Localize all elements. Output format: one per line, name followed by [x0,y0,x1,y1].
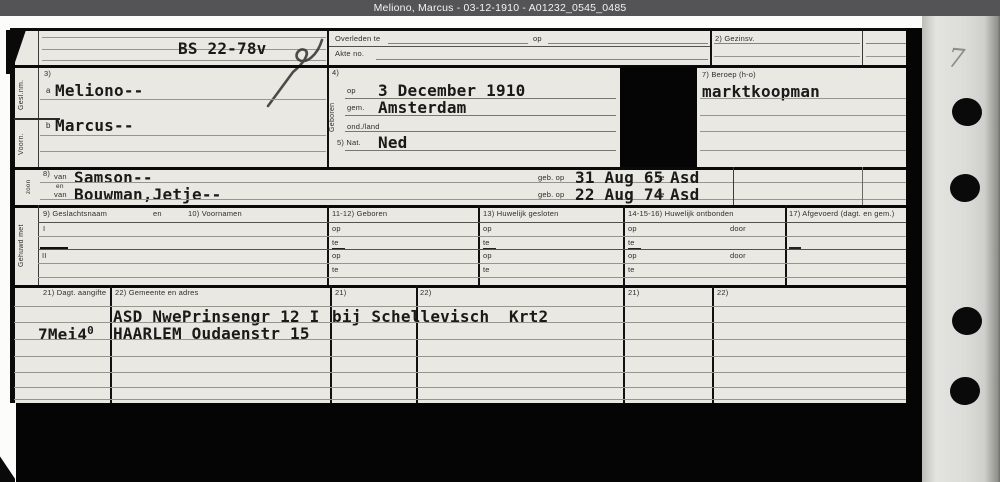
te-label-2: te [658,190,665,199]
geslnm-label: Gesl.nm. [18,72,25,118]
ondland-label: ond./land [347,122,380,131]
rule [110,285,112,403]
geb-op-label: geb. op [538,173,564,182]
van-label-2: van [54,190,67,199]
punch-hole [948,375,982,407]
scan-viewer: Meliono, Marcus - 03-12-1910 - A01232_05… [0,0,1000,482]
rule [14,322,906,323]
rule [700,115,906,116]
rule [327,31,329,65]
rule [623,285,625,403]
firstname-value: Marcus-- [55,116,134,135]
section-border [10,205,908,208]
col-voornamen-header: 10) Voornamen [188,209,242,218]
rule [866,56,906,57]
col-en-header: en [153,209,162,218]
gesloten-te-label-1: te [483,238,490,247]
overleden-op-label: op [533,34,542,43]
rule [38,205,39,285]
handwritten-squiggle [260,36,330,114]
rule [714,43,860,44]
col-huwelijk-ontbonden-header: 14-15-16) Huwelijk ontbonden [628,209,734,218]
rule [14,339,906,340]
rule [866,43,906,44]
firstname-prefix: b [46,121,51,130]
geboren-te-label-2: te [332,265,339,274]
geb-op-label-2: geb. op [538,190,564,199]
date1-value: 7Mei40 [38,324,94,344]
rule [478,205,480,285]
rule [38,222,906,223]
ontbonden-te-label-1: te [628,238,635,247]
rule [712,285,714,403]
rule [40,135,326,136]
field3-label: 3) [44,69,51,78]
card-top-border [10,28,908,31]
col21b-header: 21) [335,288,346,297]
rule [710,31,712,65]
rule [345,131,616,132]
rule [345,150,616,151]
door-label-1: door [730,224,746,233]
rule [14,387,906,388]
card-left-border [10,28,15,403]
section-border [10,65,908,68]
geboren-op-label-2: op [332,251,341,260]
gesloten-te-label-2: te [483,265,490,274]
col21c-header: 21) [628,288,639,297]
rule [38,249,906,250]
rule [733,167,734,205]
gezinsv-label: 2) Gezinsv. [715,34,755,43]
te-label: te [658,173,665,182]
akte-label: Akte no. [335,49,364,58]
rule [700,150,906,151]
rule [14,118,60,120]
rule [623,205,625,285]
field8-label: 8) [43,169,50,178]
entry2-value: bij Schellevisch Krt2 [332,307,548,326]
rule [862,31,863,65]
rule [548,43,708,44]
rule [714,56,860,57]
col-geslachtsnaam-header: 9) Geslachtsnaam [43,209,107,218]
window-titlebar: Meliono, Marcus - 03-12-1910 - A01232_05… [0,0,1000,16]
surname-prefix: a [46,86,51,95]
gem-label: gem. [347,103,364,112]
surname-value: Meliono-- [55,81,144,100]
overleden-label: Overleden te [335,34,380,43]
rule [700,98,906,99]
rule [700,131,906,132]
rule [345,115,616,116]
col22b-header: 22) [420,288,431,297]
ontbonden-te-label-2: te [628,265,635,274]
van-label: van [54,172,67,181]
marriage-row2-label: II [42,251,47,260]
rule [40,182,906,183]
rule [38,236,906,237]
mother-name-value: Bouwman,Jetje-- [74,185,222,204]
gesloten-op-label-1: op [483,224,492,233]
binder-margin-strip: 7 [922,16,1000,482]
scan-bottom-black [16,403,920,482]
ontbonden-op-label-1: op [628,224,637,233]
dagt-aangifte-header: 21) Dagt. aangifte [43,288,106,297]
geboren-te-label-1: te [332,238,339,247]
mother-birth-value: 22 Aug 74 [575,185,664,204]
en-label: en [56,183,64,190]
ontbonden-op-label-2: op [628,251,637,260]
marriage-row1-label: I [43,224,45,233]
rule [38,277,906,278]
geboren-label: Geboren [329,84,336,150]
rule [38,263,906,264]
rule [40,199,906,200]
rule [38,31,39,65]
rule [785,205,787,285]
handwritten-number: 7 [946,43,966,75]
punch-hole [950,96,984,129]
gesloten-op-label-2: op [483,251,492,260]
col-geboren-header: 11-12) Geboren [332,209,387,218]
rule [329,46,710,47]
voorn-label: Voorn. [18,124,25,164]
rule [862,167,863,205]
rule [14,372,906,373]
rule [327,205,329,285]
punch-hole [949,173,982,204]
occupation-label: 7) Beroep (h-o) [702,70,756,79]
rule [40,99,326,100]
rule [14,356,906,357]
field5-label: 5) Nat. [337,138,361,147]
rule [416,285,418,403]
birth-op-label: op [347,86,356,95]
scan-corner-mark [0,450,15,482]
punch-hole [951,306,983,336]
rule [14,399,906,400]
redaction-box [620,67,697,167]
date1-superscript: 0 [87,324,94,337]
record-card: BS 22-78v Overleden te op Akte no. 2) Ge… [10,28,908,403]
gehuwd-met-label: Gehuwd met [18,212,25,280]
col-huwelijk-gesloten-header: 13) Huwelijk gesloten [483,209,559,218]
zoon-label: zoon [26,173,32,201]
rule [40,151,326,152]
col-afgevoerd-header: 17) Afgevoerd (dagt. en gem.) [789,209,894,218]
mother-place-value: Asd [670,185,700,204]
ref-number: BS 22-78v [178,39,267,58]
col22c-header: 22) [717,288,728,297]
rule [376,59,708,60]
door-label-2: door [730,251,746,260]
window-title: Meliono, Marcus - 03-12-1910 - A01232_05… [374,2,627,14]
geboren-op-label-1: op [332,224,341,233]
gemeente-adres-header: 22) Gemeente en adres [115,288,198,297]
field4-label: 4) [332,68,339,77]
address2-value: HAARLEM Oudaenstr 15 [113,324,310,343]
rule [388,43,528,44]
date1-main: 7Mei4 [38,325,87,344]
rule [330,285,332,403]
